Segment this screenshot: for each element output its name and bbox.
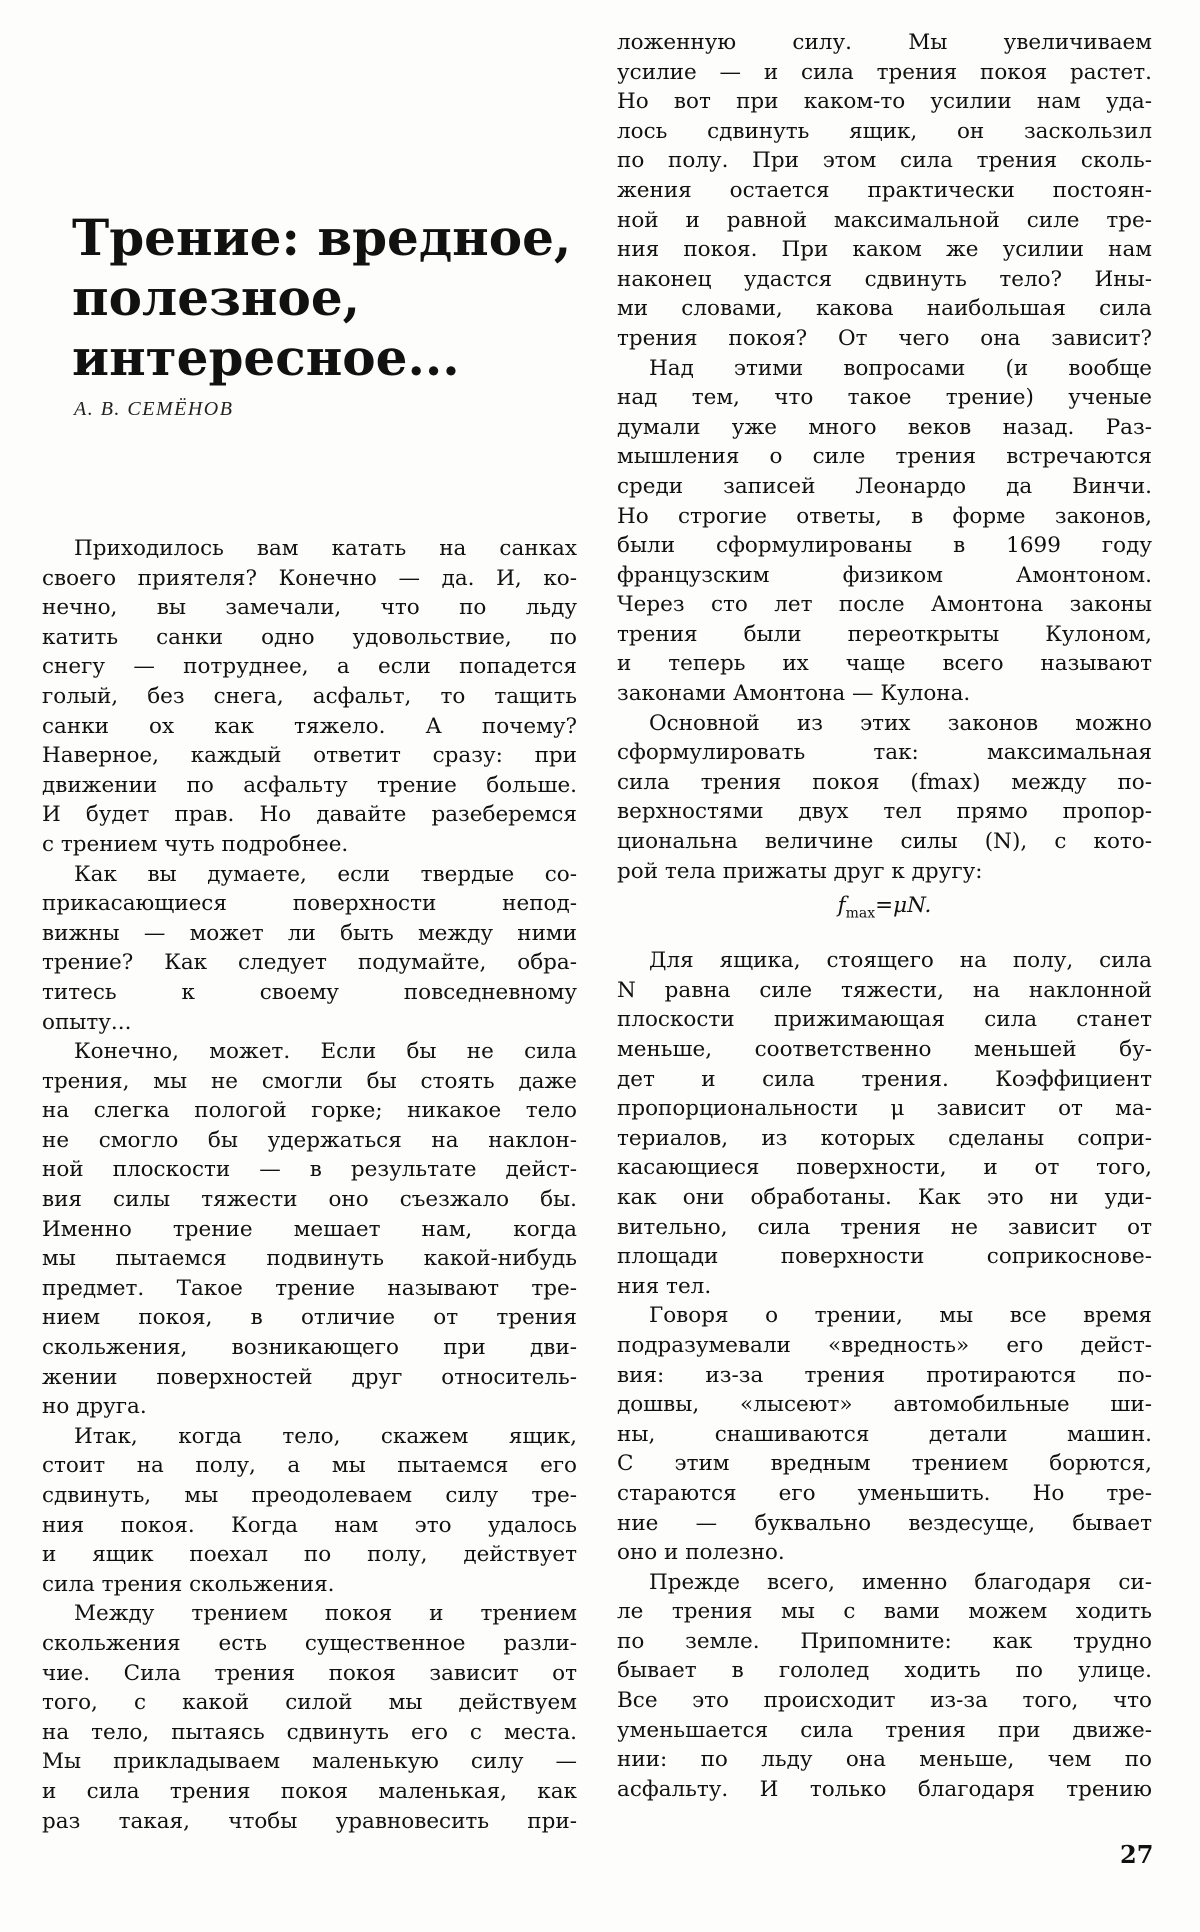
text-line: с трением чуть подробнее.: [42, 830, 577, 860]
text-line: Через сто лет после Амонтона законы: [617, 590, 1152, 620]
formula-lhs: f: [838, 893, 846, 918]
text-line: И будет прав. Но давайте разеберемся: [42, 800, 577, 830]
right-text-column: ложенную силу. Мы увеличиваемусилие — и …: [617, 28, 1152, 1804]
text-line: чие. Сила трения покоя зависит от: [42, 1659, 577, 1689]
text-line: дет и сила трения. Коэффициент: [617, 1065, 1152, 1095]
page-number: 27: [1120, 1840, 1153, 1869]
text-line: циональна величине силы (N), с кото-: [617, 827, 1152, 857]
formula-rhs: =μN.: [875, 893, 931, 918]
text-line: Все это происходит из-за того, что: [617, 1686, 1152, 1716]
text-line: ложенную силу. Мы увеличиваем: [617, 28, 1152, 58]
text-line: трения были переоткрыты Кулоном,: [617, 620, 1152, 650]
text-line: французским физиком Амонтоном.: [617, 561, 1152, 591]
text-line: ны, снашиваются детали машин.: [617, 1420, 1152, 1450]
text-line: Между трением покоя и трением: [42, 1599, 577, 1629]
text-line: площади поверхности соприкоснове-: [617, 1242, 1152, 1272]
text-line: подразумевали «вредность» его дейст-: [617, 1331, 1152, 1361]
text-line: рой тела прижаты друг к другу:: [617, 857, 1152, 887]
text-line: Конечно, может. Если бы не сила: [42, 1037, 577, 1067]
text-line: над тем, что такое трение) ученые: [617, 383, 1152, 413]
text-line: ния покоя. Когда нам это удалось: [42, 1511, 577, 1541]
text-line: оно и полезно.: [617, 1538, 1152, 1568]
text-line: сила трения покоя (fmax) между по-: [617, 768, 1152, 798]
text-line: плоскости прижимающая сила станет: [617, 1005, 1152, 1035]
article-author: А. В. СЕМЁНОВ: [74, 398, 233, 421]
text-line: не смогло бы удержаться на наклон-: [42, 1126, 577, 1156]
formula-gap: [617, 930, 1152, 946]
text-line: ной плоскости — в результате дейст-: [42, 1155, 577, 1185]
formula: fmax=μN.: [617, 886, 1152, 930]
text-line: С этим вредным трением борются,: [617, 1449, 1152, 1479]
text-line: были сформулированы в 1699 году: [617, 531, 1152, 561]
text-line: сдвинуть, мы преодолеваем силу тре-: [42, 1481, 577, 1511]
text-line: Приходилось вам катать на санках: [42, 534, 577, 564]
text-line: трение? Как следует подумайте, обра-: [42, 948, 577, 978]
text-line: вительно, сила трения не зависит от: [617, 1213, 1152, 1243]
text-line: Прежде всего, именно благодаря си-: [617, 1568, 1152, 1598]
text-line: раз такая, чтобы уравновесить при-: [42, 1807, 577, 1837]
text-line: вия: из-за трения протираются по-: [617, 1361, 1152, 1391]
text-line: того, с какой силой мы действуем: [42, 1688, 577, 1718]
text-line: и ящик поехал по полу, действует: [42, 1540, 577, 1570]
text-line: стоит на полу, а мы пытаемся его: [42, 1451, 577, 1481]
text-line: асфальту. И только благодаря трению: [617, 1775, 1152, 1805]
text-line: как они обработаны. Как это ни уди-: [617, 1183, 1152, 1213]
text-line: нием покоя, в отличие от трения: [42, 1303, 577, 1333]
text-line: движении по асфальту трение больше.: [42, 771, 577, 801]
text-line: по полу. При этом сила трения сколь-: [617, 146, 1152, 176]
text-line: ния тел.: [617, 1272, 1152, 1302]
text-line: сформулировать так: максимальная: [617, 738, 1152, 768]
text-line: Мы прикладываем маленькую силу —: [42, 1747, 577, 1777]
text-line: снегу — потруднее, а если попадется: [42, 652, 577, 682]
text-line: бывает в гололед ходить по улице.: [617, 1656, 1152, 1686]
text-line: Над этими вопросами (и вообще: [617, 354, 1152, 384]
title-line: интересное...: [72, 328, 592, 388]
text-line: Основной из этих законов можно: [617, 709, 1152, 739]
text-line: опыту...: [42, 1008, 577, 1038]
text-line: дошвы, «лысеют» автомобильные ши-: [617, 1390, 1152, 1420]
text-line: среди записей Леонардо да Винчи.: [617, 472, 1152, 502]
text-line: меньше, соответственно меньшей бу-: [617, 1035, 1152, 1065]
text-line: ние — буквально вездесуще, бывает: [617, 1509, 1152, 1539]
text-line: сила трения скольжения.: [42, 1570, 577, 1600]
text-line: Итак, когда тело, скажем ящик,: [42, 1422, 577, 1452]
text-line: скольжения есть существенное разли-: [42, 1629, 577, 1659]
text-line: Говоря о трении, мы все время: [617, 1301, 1152, 1331]
text-line: уменьшается сила трения при движе-: [617, 1716, 1152, 1746]
text-line: по земле. Припомните: как трудно: [617, 1627, 1152, 1657]
article-title: Трение: вредное, полезное, интересное...: [72, 208, 592, 388]
text-line: голый, без снега, асфальт, то тащить: [42, 682, 577, 712]
left-text-column: Приходилось вам катать на санкахсвоего п…: [42, 534, 577, 1836]
text-line: мышления о силе трения встречаются: [617, 442, 1152, 472]
formula-subscript: max: [846, 906, 876, 922]
text-line: и теперь их чаще всего называют: [617, 649, 1152, 679]
text-line: ле трения мы с вами можем ходить: [617, 1597, 1152, 1627]
text-line: и сила трения покоя маленькая, как: [42, 1777, 577, 1807]
text-line: трения, мы не смогли бы стоять даже: [42, 1067, 577, 1097]
text-line: законами Амонтона — Кулона.: [617, 679, 1152, 709]
text-line: жения остается практически постоян-: [617, 176, 1152, 206]
text-line: пропорциональности μ зависит от ма-: [617, 1094, 1152, 1124]
right-column-text-after-formula: Для ящика, стоящего на полу, силаN равна…: [617, 946, 1152, 1804]
text-line: лось сдвинуть ящик, он заскользил: [617, 117, 1152, 147]
text-line: териалов, из которых сделаны сопри-: [617, 1124, 1152, 1154]
text-line: предмет. Такое трение называют тре-: [42, 1274, 577, 1304]
text-line: Наверное, каждый ответит сразу: при: [42, 741, 577, 771]
text-line: но друга.: [42, 1392, 577, 1422]
text-line: вижны — может ли быть между ними: [42, 919, 577, 949]
text-line: своего приятеля? Конечно — да. И, ко-: [42, 564, 577, 594]
text-line: на тело, пытаясь сдвинуть его с места.: [42, 1718, 577, 1748]
text-line: Именно трение мешает нам, когда: [42, 1215, 577, 1245]
text-line: ми словами, какова наибольшая сила: [617, 294, 1152, 324]
text-line: прикасающиеся поверхности непод-: [42, 889, 577, 919]
text-line: вия силы тяжести оно съезжало бы.: [42, 1185, 577, 1215]
text-line: думали уже много веков назад. Раз-: [617, 413, 1152, 443]
text-line: ния покоя. При каком же усилии нам: [617, 235, 1152, 265]
title-line: Трение: вредное,: [72, 208, 592, 268]
text-line: нечно, вы замечали, что по льду: [42, 593, 577, 623]
text-line: жении поверхностей друг относитель-: [42, 1363, 577, 1393]
magazine-page: Трение: вредное, полезное, интересное...…: [0, 0, 1200, 1932]
text-line: санки ох как тяжело. А почему?: [42, 712, 577, 742]
text-line: N равна силе тяжести, на наклонной: [617, 976, 1152, 1006]
text-line: Как вы думаете, если твердые со-: [42, 860, 577, 890]
text-line: ной и равной максимальной силе тре-: [617, 206, 1152, 236]
text-line: усилие — и сила трения покоя растет.: [617, 58, 1152, 88]
text-line: мы пытаемся подвинуть какой-нибудь: [42, 1244, 577, 1274]
text-line: трения покоя? От чего она зависит?: [617, 324, 1152, 354]
right-column-text-before-formula: ложенную силу. Мы увеличиваемусилие — и …: [617, 28, 1152, 886]
text-line: Для ящика, стоящего на полу, сила: [617, 946, 1152, 976]
text-line: Но вот при каком-то усилии нам уда-: [617, 87, 1152, 117]
text-line: верхностями двух тел прямо пропор-: [617, 797, 1152, 827]
text-line: касающиеся поверхности, и от того,: [617, 1153, 1152, 1183]
text-line: стараются его уменьшить. Но тре-: [617, 1479, 1152, 1509]
text-line: наконец удастся сдвинуть тело? Ины-: [617, 265, 1152, 295]
text-line: титесь к своему повседневному: [42, 978, 577, 1008]
text-line: на слегка пологой горке; никакое тело: [42, 1096, 577, 1126]
text-line: катить санки одно удовольствие, по: [42, 623, 577, 653]
text-line: Но строгие ответы, в форме законов,: [617, 502, 1152, 532]
text-line: скольжения, возникающего при дви-: [42, 1333, 577, 1363]
title-line: полезное,: [72, 268, 592, 328]
text-line: нии: по льду она меньше, чем по: [617, 1745, 1152, 1775]
